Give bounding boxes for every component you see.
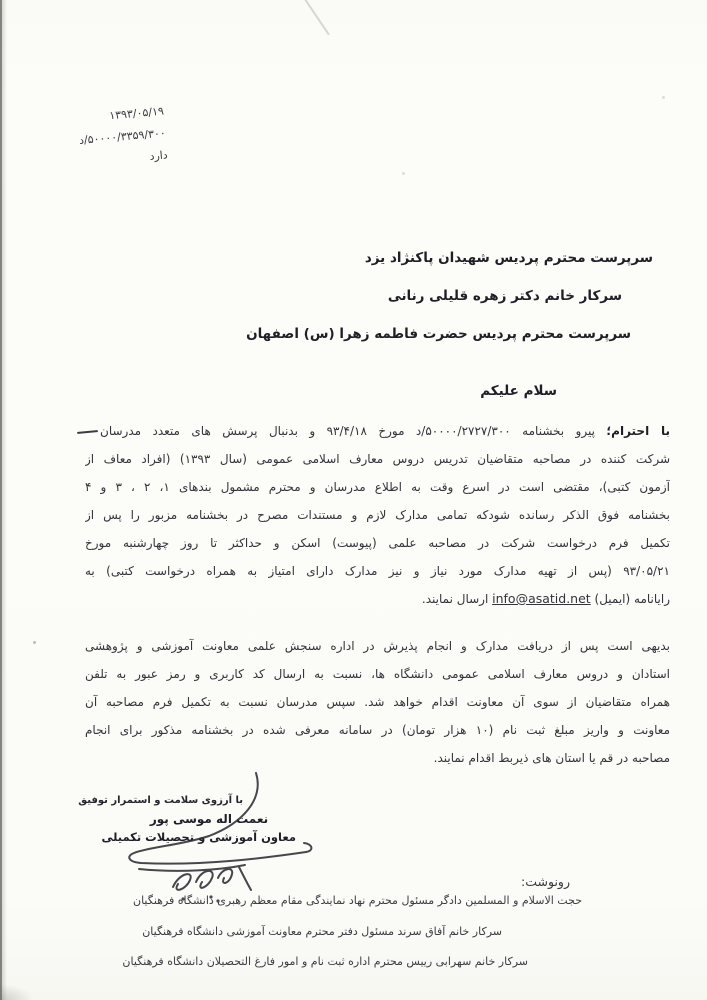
recipient-line: سرپرست محترم پردیس حضرت فاطمه زهرا (س) ا… [246, 315, 631, 353]
cc-item: حجت الاسلام و المسلمین دادگر مسئول محترم… [133, 894, 582, 907]
scanned-letter-page: ۱۳۹۳/۰۵/۱۹ ۵۰۰۰۰/۳۳۵۹/۳۰۰/د دارد سرپرست … [0, 0, 707, 1000]
paper-crease [302, 0, 329, 35]
respect-lead: با احترام؛ [606, 424, 670, 438]
recipient-block: سرپرست محترم پردیس شهیدان پاکنژاد یزد سر… [246, 239, 653, 353]
body-line-text: پیرو بخشنامه ۵۰۰۰۰/۲۷۲۷/۳۰۰/د مورخ ۹۳/۴/… [100, 424, 606, 438]
body-line: بدیهی است پس از دریافت مدارک و انجام پذی… [85, 632, 670, 660]
body-line: تکمیل فرم درخواست شرکت در مصاحبه علمی (پ… [85, 529, 670, 557]
ink-speck [402, 172, 405, 175]
email-address: info@asatid.net [492, 591, 591, 606]
signature-handwriting-scribble [85, 763, 325, 913]
body-line: با احترام؛ پیرو بخشنامه ۵۰۰۰۰/۲۷۲۷/۳۰۰/د… [85, 417, 670, 445]
cc-label: رونوشت: [521, 874, 570, 889]
reference-block: ۱۳۹۳/۰۵/۱۹ ۵۰۰۰۰/۳۳۵۹/۳۰۰/د دارد [35, 101, 168, 178]
corner-smudge [0, 984, 34, 1000]
body-line-text: رایانامه (ایمیل) [591, 592, 670, 606]
body-line: ۹۳/۰۵/۲۱ (پس از تهیه مدارک مورد نیاز و ن… [85, 557, 670, 585]
body-paragraph-2: بدیهی است پس از دریافت مدارک و انجام پذی… [85, 632, 670, 772]
recipient-line: سرپرست محترم پردیس شهیدان پاکنژاد یزد [246, 239, 653, 277]
scan-edge-line [0, 0, 2, 1000]
cc-item: سرکار خانم آفاق سرند مسئول دفتر محترم مع… [142, 925, 502, 938]
body-line: رایانامه (ایمیل) info@asatid.net ارسال ن… [85, 585, 670, 613]
body-line: استادان و دروس معارف اسلامی عمومی دانشگا… [85, 660, 670, 688]
body-line: همراه متقاضیان از سوی آن معاونت اقدام خو… [85, 688, 670, 716]
body-paragraph-1: با احترام؛ پیرو بخشنامه ۵۰۰۰۰/۲۷۲۷/۳۰۰/د… [85, 417, 670, 613]
body-line-text: ارسال نمایند. [422, 592, 492, 606]
body-line: شرکت کننده در مصاحبه متقاضیان تدریس دروس… [85, 445, 670, 473]
recipient-line: سرکار خانم دکتر زهره قلیلی رنانی [246, 277, 622, 315]
salutation: سلام علیکم [480, 383, 557, 399]
cc-item: سرکار خانم سهرابی رییس محترم اداره ثبت ن… [122, 955, 528, 968]
ink-speck [33, 641, 36, 644]
body-line: بخشنامه فوق الذکر رسانده شودکه تمامی مدا… [85, 501, 670, 529]
body-line: آزمون کتبی)، مقتضی است در اسرع وقت به اط… [85, 473, 670, 501]
body-line: معاونت و واریز مبلغ ثبت نام (۱۰ هزار توم… [85, 716, 670, 744]
ink-speck [662, 96, 665, 99]
